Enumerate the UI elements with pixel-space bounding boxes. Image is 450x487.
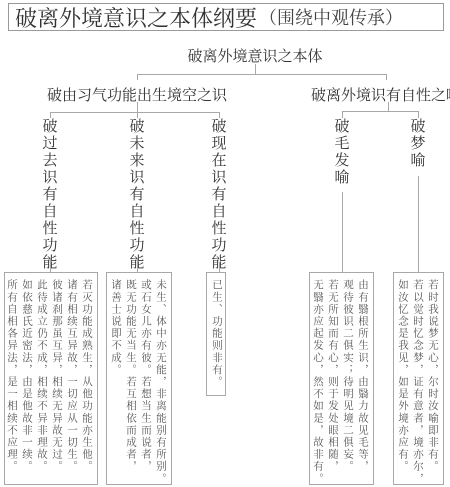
connector-line (418, 176, 419, 272)
connector-line (388, 102, 389, 111)
verse-line: 观待彼识二俱实；待明见境二俱妄。 (342, 279, 353, 478)
verse-line: 无翳亦应起发心，然不如是，故非有。 (312, 279, 323, 478)
connector-line (342, 192, 343, 272)
verse-box-hair: 由有翳根所生识，由翳力故见毛等， 观待彼识二俱实；待明见境二俱妄。 若无所知而有… (309, 272, 374, 485)
leaf-label-present: 破 现 在 识 有 自 性 功 能 (210, 118, 228, 271)
connector-line (137, 102, 138, 112)
connector-line (50, 258, 51, 272)
leaf-label-hair: 破 毛 发 喻 (333, 118, 351, 186)
verse-line: 或石女儿亦有彼。若想当生而说者， (140, 279, 151, 478)
connector-line (219, 262, 220, 272)
verse-line: 若灭功能成熟生，从他功能亦生他。 (81, 279, 92, 478)
connector-line (342, 111, 419, 112)
leaf-label-past: 破 过 去 识 有 自 性 功 能 (41, 118, 59, 271)
connector-line (137, 74, 387, 75)
verse-box-future: 未生、体中亦无能，非离能别有所别。 或石女儿亦有彼。若想当生而说者， 既无功能无… (106, 272, 172, 485)
verse-line: 诸有相续互异故，一切应从一切生。 (66, 279, 77, 478)
connector-line (255, 64, 256, 74)
page-subtitle: （围绕中观传承） (259, 4, 403, 30)
verse-line: 此待成立仍不成，相续不异非理故。 (36, 279, 47, 478)
verse-line: 所有自相各异法，是一相续不应理。 (6, 279, 17, 478)
leaf-label-future: 破 未 来 识 有 自 性 功 能 (128, 118, 146, 271)
verse-line: 若无所知而有心，则于发处眼相随， (327, 279, 338, 478)
branch-analogies: 破离外境识有自性之喻 (311, 84, 450, 105)
title-box: 破离外境意识之本体纲要 （围绕中观传承） (8, 3, 444, 31)
connector-line (386, 74, 387, 80)
verse-line: 既无功能无当生。若互相依而成者， (125, 279, 136, 478)
verse-line: 若时我说梦无心，尔时汝喻即非有。 (427, 279, 438, 478)
verse-line: 如汝忆念是我见，如是外境亦应有。 (397, 279, 408, 478)
verse-box-present: 已生、功能则非有。 (206, 272, 226, 396)
verse-box-dream: 若时我说梦无心，尔时汝喻即非有。 若以觉时忆念梦，证有意者，境亦尔， 如汝忆念是… (393, 272, 444, 485)
tree-root: 破离外境意识之本体 (187, 45, 322, 66)
verse-line: 已生、功能则非有。 (211, 279, 222, 389)
verse-line: 诸善士说即不成。 (110, 279, 121, 478)
verse-line: 未生、体中亦无能，非离能别有所别。 (155, 279, 166, 478)
leaf-label-dream: 破 梦 喻 (409, 118, 427, 169)
connector-line (137, 74, 138, 80)
connector-line (50, 112, 220, 113)
verse-line: 如依慈氏近密法，由是他故非一续。 (21, 279, 32, 478)
verse-line: 由有翳根所生识，由翳力故见毛等， (357, 279, 368, 478)
verse-line: 若以觉时忆念梦，证有意者，境亦尔， (412, 279, 423, 478)
connector-line (137, 258, 138, 272)
verse-box-past: 若灭功能成熟生，从他功能亦生他。 诸有相续互异故，一切应从一切生。 彼诸刹那虽互… (4, 272, 98, 485)
page-title: 破离外境意识之本体纲要 (15, 2, 257, 33)
verse-line: 彼诸刹那虽互异，相续无异故无过。 (51, 279, 62, 478)
